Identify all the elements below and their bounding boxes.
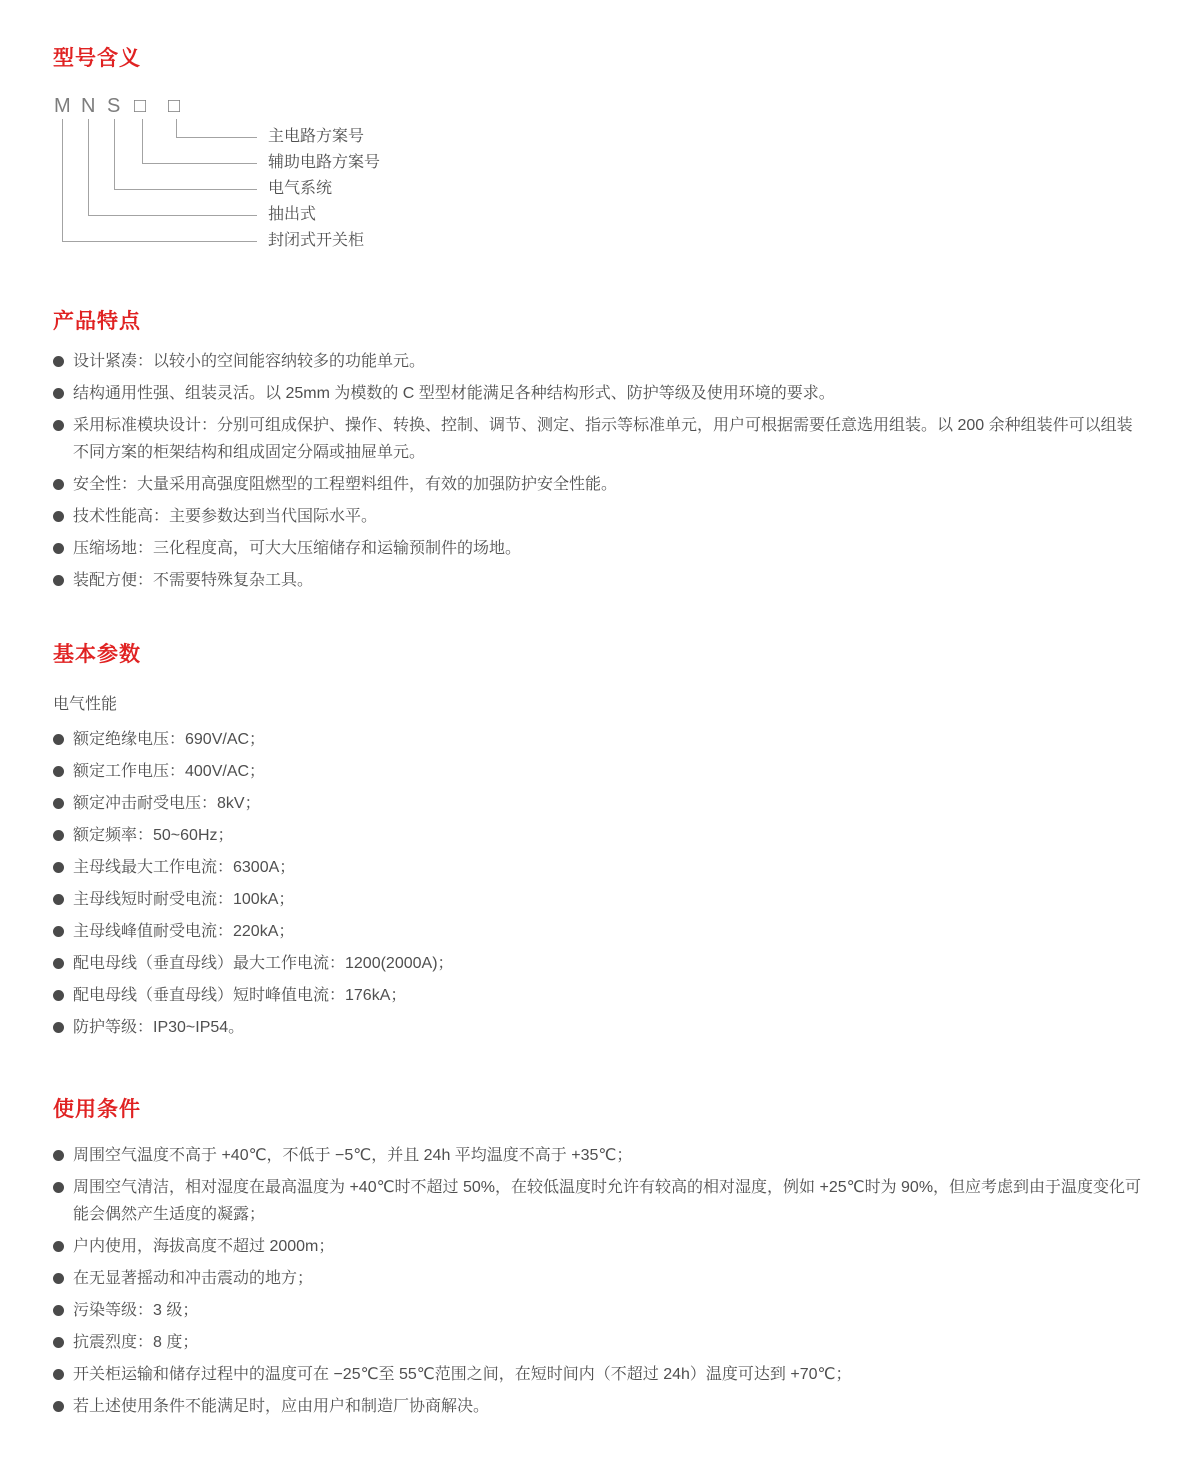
bullet-icon (53, 1401, 64, 1412)
bullet-icon (53, 798, 64, 809)
list-item: 若上述使用条件不能满足时，应由用户和制造厂协商解决。 (53, 1393, 1147, 1420)
conditions-list: 周围空气温度不高于 +40℃，不低于 −5℃，并且 24h 平均温度不高于 +3… (53, 1142, 1147, 1420)
list-item-text: 主母线峰值耐受电流：220kA； (73, 918, 294, 945)
list-item-text: 安全性：大量采用高强度阻燃型的工程塑料组件，有效的加强防护安全性能。 (73, 471, 617, 498)
bullet-icon (53, 958, 64, 969)
params-subtitle: 电气性能 (53, 691, 1147, 718)
bullet-icon (53, 862, 64, 873)
list-item-text: 设计紧凑：以较小的空间能容纳较多的功能单元。 (73, 348, 425, 375)
features-list: 设计紧凑：以较小的空间能容纳较多的功能单元。 结构通用性强、组装灵活。以 25m… (53, 348, 1147, 594)
list-item-text: 额定工作电压：400V/AC； (73, 758, 265, 785)
bullet-icon (53, 1337, 64, 1348)
diagram-line (176, 119, 177, 137)
bullet-icon (53, 575, 64, 586)
bullet-icon (53, 543, 64, 554)
list-item: 户内使用，海拔高度不超过 2000m； (53, 1233, 1147, 1260)
list-item-text: 结构通用性强、组装灵活。以 25mm 为模数的 C 型型材能满足各种结构形式、防… (73, 380, 835, 407)
list-item-text: 周围空气清洁，相对湿度在最高温度为 +40℃时不超过 50%，在较低温度时允许有… (73, 1174, 1147, 1228)
list-item: 额定工作电压：400V/AC； (53, 758, 1147, 785)
conditions-section: 使用条件 周围空气温度不高于 +40℃，不低于 −5℃，并且 24h 平均温度不… (53, 1097, 1147, 1420)
model-code-char: N (81, 95, 95, 117)
list-item-text: 额定冲击耐受电压：8kV； (73, 790, 261, 817)
bullet-icon (53, 894, 64, 905)
list-item-text: 主母线短时耐受电流：100kA； (73, 886, 294, 913)
list-item-text: 技术性能高：主要参数达到当代国际水平。 (73, 503, 377, 530)
bullet-icon (53, 1150, 64, 1161)
bullet-icon (53, 1305, 64, 1316)
diagram-label: 主电路方案号 (268, 126, 364, 148)
diagram-line (114, 119, 115, 189)
model-code-diagram: MNS□□主电路方案号辅助电路方案号电气系统抽出式封闭式开关柜 (53, 95, 1147, 263)
list-item: 配电母线（垂直母线）短时峰值电流：176kA； (53, 982, 1147, 1009)
list-item: 结构通用性强、组装灵活。以 25mm 为模数的 C 型型材能满足各种结构形式、防… (53, 380, 1147, 407)
list-item-text: 压缩场地：三化程度高，可大大压缩储存和运输预制件的场地。 (73, 535, 521, 562)
diagram-line (62, 241, 257, 242)
bullet-icon (53, 1182, 64, 1193)
list-item-text: 额定绝缘电压：690V/AC； (73, 726, 265, 753)
section-title-conditions: 使用条件 (53, 1097, 1147, 1122)
list-item: 额定冲击耐受电压：8kV； (53, 790, 1147, 817)
list-item-text: 防护等级：IP30~IP54。 (73, 1014, 244, 1041)
diagram-line (176, 137, 257, 138)
list-item: 周围空气温度不高于 +40℃，不低于 −5℃，并且 24h 平均温度不高于 +3… (53, 1142, 1147, 1169)
diagram-line (142, 163, 257, 164)
bullet-icon (53, 511, 64, 522)
list-item: 设计紧凑：以较小的空间能容纳较多的功能单元。 (53, 348, 1147, 375)
list-item: 技术性能高：主要参数达到当代国际水平。 (53, 503, 1147, 530)
list-item: 采用标准模块设计：分别可组成保护、操作、转换、控制、调节、测定、指示等标准单元，… (53, 412, 1147, 466)
list-item-text: 在无显著摇动和冲击震动的地方； (73, 1265, 313, 1292)
list-item: 主母线短时耐受电流：100kA； (53, 886, 1147, 913)
list-item: 周围空气清洁，相对湿度在最高温度为 +40℃时不超过 50%，在较低温度时允许有… (53, 1174, 1147, 1228)
bullet-icon (53, 926, 64, 937)
list-item-text: 开关柜运输和储存过程中的温度可在 −25℃至 55℃范围之间，在短时间内（不超过… (73, 1361, 851, 1388)
list-item-text: 采用标准模块设计：分别可组成保护、操作、转换、控制、调节、测定、指示等标准单元，… (73, 412, 1147, 466)
bullet-icon (53, 479, 64, 490)
bullet-icon (53, 1022, 64, 1033)
bullet-icon (53, 1369, 64, 1380)
bullet-icon (53, 990, 64, 1001)
diagram-line (142, 119, 143, 163)
list-item: 污染等级：3 级； (53, 1297, 1147, 1324)
features-section: 产品特点 设计紧凑：以较小的空间能容纳较多的功能单元。 结构通用性强、组装灵活。… (53, 309, 1147, 594)
list-item: 额定绝缘电压：690V/AC； (53, 726, 1147, 753)
bullet-icon (53, 830, 64, 841)
diagram-label: 辅助电路方案号 (268, 152, 380, 174)
list-item: 在无显著摇动和冲击震动的地方； (53, 1265, 1147, 1292)
bullet-icon (53, 420, 64, 431)
model-code-char: M (54, 95, 71, 117)
section-title-model: 型号含义 (53, 46, 1147, 71)
bullet-icon (53, 388, 64, 399)
list-item-text: 若上述使用条件不能满足时，应由用户和制造厂协商解决。 (73, 1393, 489, 1420)
list-item: 主母线峰值耐受电流：220kA； (53, 918, 1147, 945)
diagram-line (88, 215, 257, 216)
bullet-icon (53, 766, 64, 777)
list-item-text: 配电母线（垂直母线）最大工作电流：1200(2000A)； (73, 950, 454, 977)
list-item: 抗震烈度：8 度； (53, 1329, 1147, 1356)
list-item-text: 周围空气温度不高于 +40℃，不低于 −5℃，并且 24h 平均温度不高于 +3… (73, 1142, 632, 1169)
list-item: 安全性：大量采用高强度阻燃型的工程塑料组件，有效的加强防护安全性能。 (53, 471, 1147, 498)
model-code-char: S (107, 95, 120, 117)
model-code-char: □ (134, 95, 146, 117)
list-item: 配电母线（垂直母线）最大工作电流：1200(2000A)； (53, 950, 1147, 977)
list-item: 装配方便：不需要特殊复杂工具。 (53, 567, 1147, 594)
bullet-icon (53, 734, 64, 745)
diagram-label: 封闭式开关柜 (268, 230, 364, 252)
bullet-icon (53, 356, 64, 367)
list-item: 开关柜运输和储存过程中的温度可在 −25℃至 55℃范围之间，在短时间内（不超过… (53, 1361, 1147, 1388)
params-list: 额定绝缘电压：690V/AC； 额定工作电压：400V/AC； 额定冲击耐受电压… (53, 726, 1147, 1041)
list-item-text: 抗震烈度：8 度； (73, 1329, 198, 1356)
list-item-text: 主母线最大工作电流：6300A； (73, 854, 295, 881)
list-item: 防护等级：IP30~IP54。 (53, 1014, 1147, 1041)
list-item-text: 户内使用，海拔高度不超过 2000m； (73, 1233, 334, 1260)
list-item-text: 污染等级：3 级； (73, 1297, 198, 1324)
list-item: 额定频率：50~60Hz； (53, 822, 1147, 849)
diagram-line (62, 119, 63, 241)
datasheet-page: 型号含义 MNS□□主电路方案号辅助电路方案号电气系统抽出式封闭式开关柜 产品特… (0, 0, 1200, 1475)
list-item-text: 装配方便：不需要特殊复杂工具。 (73, 567, 313, 594)
diagram-line (114, 189, 257, 190)
params-section: 基本参数 电气性能 额定绝缘电压：690V/AC； 额定工作电压：400V/AC… (53, 642, 1147, 1041)
diagram-label: 抽出式 (268, 204, 316, 226)
list-item: 压缩场地：三化程度高，可大大压缩储存和运输预制件的场地。 (53, 535, 1147, 562)
model-code-char: □ (168, 95, 180, 117)
diagram-label: 电气系统 (268, 178, 332, 200)
section-title-features: 产品特点 (53, 309, 1147, 334)
bullet-icon (53, 1241, 64, 1252)
diagram-line (88, 119, 89, 215)
section-title-params: 基本参数 (53, 642, 1147, 667)
list-item-text: 配电母线（垂直母线）短时峰值电流：176kA； (73, 982, 406, 1009)
list-item: 主母线最大工作电流：6300A； (53, 854, 1147, 881)
model-section: 型号含义 MNS□□主电路方案号辅助电路方案号电气系统抽出式封闭式开关柜 (53, 46, 1147, 263)
bullet-icon (53, 1273, 64, 1284)
list-item-text: 额定频率：50~60Hz； (73, 822, 234, 849)
